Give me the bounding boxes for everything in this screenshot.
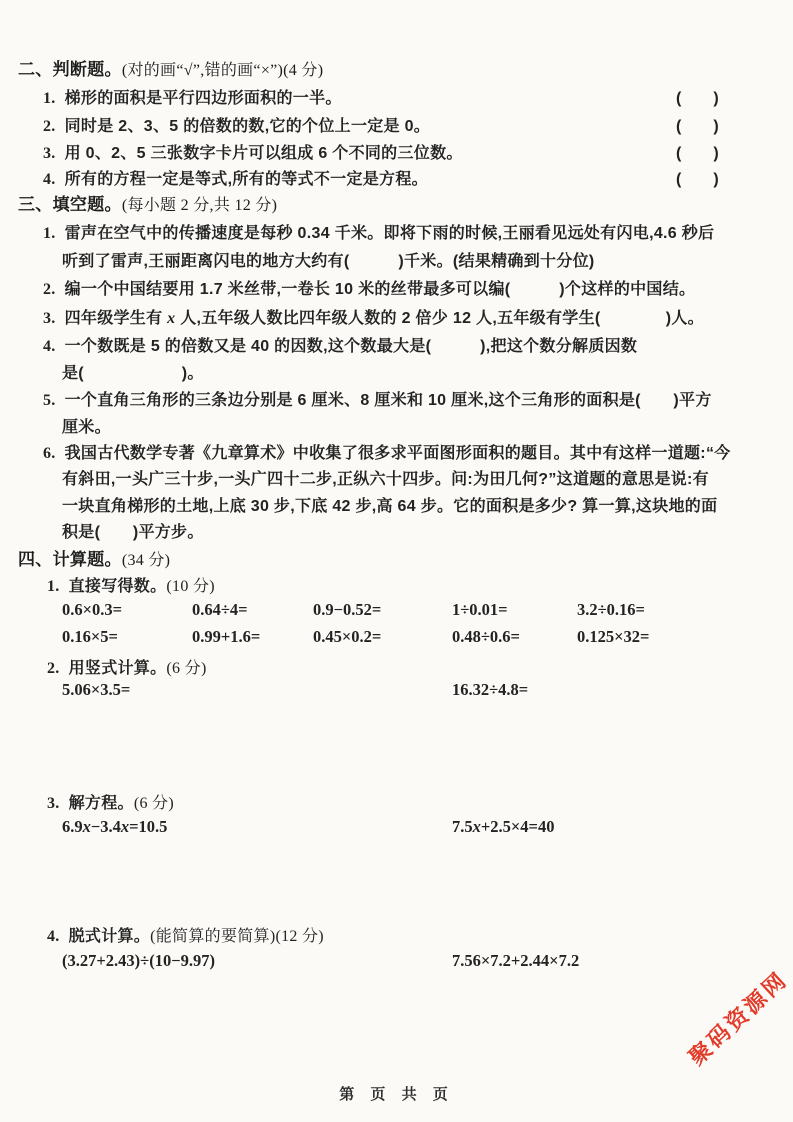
exam-paper-page: 二、判断题。(对的画“√”,错的画“×”)(4 分) 1.梯形的面积是平行四边形… — [0, 0, 793, 1122]
calc-sub2-right-expression: 16.32÷4.8= — [452, 680, 528, 700]
eq-left-coeff-1: 6.9 — [62, 817, 83, 836]
section-calc-title: 四、计算题。 — [18, 550, 122, 569]
page-footer: 第 页 共 页 — [0, 1083, 793, 1104]
calc-sub4-title-line: 4.脱式计算。(能简算的要简算)(12 分) — [47, 923, 324, 946]
calc-sub4-left-expression: (3.27+2.43)÷(10−9.97) — [62, 951, 215, 971]
fill-item-3-line-1: 3.四年级学生有 x 人,五年级人数比四年级人数的 2 倍少 12 人,五年级有… — [43, 305, 704, 328]
calc-sub1-title-line: 1.直接写得数。(10 分) — [47, 573, 215, 596]
site-watermark: 聚码资源网 — [667, 950, 793, 1085]
calc-sub3-right-equation: 7.5x+2.5×4=40 — [452, 817, 554, 837]
fill-item-6-line-1: 6.我国古代数学专著《九章算术》中收集了很多求平面图形面积的题目。其中有这样一道… — [43, 440, 731, 463]
fill-item-6-line-2: 有斜田,一头广三十步,一头广四十二步,正纵六十四步。问:为田几何?”这道题的意思… — [62, 466, 709, 489]
calc-expr-r2c5: 0.125×32= — [577, 627, 649, 647]
judge-item-4-text: 所有的方程一定是等式,所有的等式不一定是方程。 — [65, 171, 428, 188]
calc-sub4-right-expression: 7.56×7.2+2.44×7.2 — [452, 951, 579, 971]
calc-expr-r1c1: 0.6×0.3= — [62, 600, 122, 620]
fill-item-2-number: 2. — [43, 281, 56, 298]
calc-sub3-left-equation: 6.9x−3.4x=10.5 — [62, 817, 167, 837]
calc-sub4-title: 脱式计算。 — [69, 928, 151, 945]
fill-item-2-text-1: 编一个中国结要用 1.7 米丝带,一卷长 10 米的丝带最多可以编( )个这样的… — [65, 281, 696, 298]
judge-item-4-number: 4. — [43, 171, 56, 188]
fill-item-3-text-pre: 四年级学生有 — [65, 310, 168, 327]
fill-item-3-number: 3. — [43, 310, 56, 327]
judge-item-1-text: 梯形的面积是平行四边形面积的一半。 — [65, 90, 342, 107]
section-fill-title: 三、填空题。 — [18, 195, 122, 214]
judge-item-4: 4.所有的方程一定是等式,所有的等式不一定是方程。 — [43, 166, 428, 189]
eq-left-result: =10.5 — [129, 817, 167, 836]
fill-item-1-line-1: 1.雷声在空气中的传播速度是每秒 0.34 千米。即将下雨的时候,王丽看见远处有… — [43, 220, 714, 243]
fill-item-1-text-1: 雷声在空气中的传播速度是每秒 0.34 千米。即将下雨的时候,王丽看见远处有闪电… — [65, 225, 715, 242]
eq-left-var-2: x — [121, 817, 129, 836]
section-judge-heading: 二、判断题。(对的画“√”,错的画“×”)(4 分) — [18, 55, 323, 80]
fill-item-1-number: 1. — [43, 225, 56, 242]
calc-expr-r1c5: 3.2÷0.16= — [577, 600, 645, 620]
fill-item-4-line-2: 是( )。 — [62, 360, 204, 383]
calc-sub1-note: (10 分) — [166, 578, 214, 595]
section-fill-note: (每小题 2 分,共 12 分) — [122, 197, 277, 214]
eq-right-coeff-1: 7.5 — [452, 817, 473, 836]
section-calc-note: (34 分) — [122, 552, 170, 569]
judge-item-3: 3.用 0、2、5 三张数字卡片可以组成 6 个不同的三位数。 — [43, 140, 463, 163]
eq-right-rest: +2.5×4=40 — [481, 817, 555, 836]
section-judge-note: (对的画“√”,错的画“×”)(4 分) — [122, 62, 324, 79]
section-judge-title: 二、判断题。 — [18, 60, 122, 79]
calc-sub3-number: 3. — [47, 795, 60, 812]
fill-item-4-text-1: 一个数既是 5 的倍数又是 40 的因数,这个数最大是( ),把这个数分解质因数 — [65, 338, 638, 355]
judge-item-2: 2.同时是 2、3、5 的倍数的数,它的个位上一定是 0。 — [43, 113, 430, 136]
eq-left-var-1: x — [83, 817, 91, 836]
calc-expr-r2c1: 0.16×5= — [62, 627, 118, 647]
section-calc-heading: 四、计算题。(34 分) — [18, 545, 170, 570]
fill-item-6-number: 6. — [43, 445, 56, 462]
calc-sub2-note: (6 分) — [166, 660, 206, 677]
fill-item-6-line-3: 一块直角梯形的土地,上底 30 步,下底 42 步,高 64 步。它的面积是多少… — [62, 493, 717, 516]
judge-item-2-text: 同时是 2、3、5 的倍数的数,它的个位上一定是 0。 — [65, 118, 430, 135]
fill-item-4-number: 4. — [43, 338, 56, 355]
calc-expr-r1c2: 0.64÷4= — [192, 600, 248, 620]
judge-item-3-answer-slot: ( ) — [676, 140, 719, 163]
fill-item-5-line-2: 厘米。 — [62, 414, 111, 437]
calc-expr-r2c3: 0.45×0.2= — [313, 627, 381, 647]
calc-sub4-number: 4. — [47, 928, 60, 945]
judge-item-2-answer-slot: ( ) — [676, 113, 719, 136]
fill-item-5-number: 5. — [43, 392, 56, 409]
calc-sub2-title: 用竖式计算。 — [69, 660, 167, 677]
calc-sub3-title-line: 3.解方程。(6 分) — [47, 790, 174, 813]
calc-sub2-title-line: 2.用竖式计算。(6 分) — [47, 655, 207, 678]
fill-item-4-line-1: 4.一个数既是 5 的倍数又是 40 的因数,这个数最大是( ),把这个数分解质… — [43, 333, 637, 356]
eq-right-var-1: x — [473, 817, 481, 836]
calc-sub2-number: 2. — [47, 660, 60, 677]
calc-expr-r2c2: 0.99+1.6= — [192, 627, 260, 647]
calc-sub4-note: (能简算的要简算)(12 分) — [150, 928, 324, 945]
fill-item-6-text-1: 我国古代数学专著《九章算术》中收集了很多求平面图形面积的题目。其中有这样一道题:… — [65, 445, 731, 462]
calc-sub1-title: 直接写得数。 — [69, 578, 167, 595]
judge-item-2-number: 2. — [43, 118, 56, 135]
fill-item-5-line-1: 5.一个直角三角形的三条边分别是 6 厘米、8 厘米和 10 厘米,这个三角形的… — [43, 387, 712, 410]
judge-item-3-number: 3. — [43, 145, 56, 162]
calc-sub3-title: 解方程。 — [69, 795, 134, 812]
judge-item-1: 1.梯形的面积是平行四边形面积的一半。 — [43, 85, 342, 108]
calc-sub2-left-expression: 5.06×3.5= — [62, 680, 130, 700]
judge-item-4-answer-slot: ( ) — [676, 166, 719, 189]
calc-sub3-note: (6 分) — [134, 795, 174, 812]
fill-item-3-text-post: 人,五年级人数比四年级人数的 2 倍少 12 人,五年级有学生( )人。 — [175, 310, 703, 327]
fill-item-5-text-1: 一个直角三角形的三条边分别是 6 厘米、8 厘米和 10 厘米,这个三角形的面积… — [65, 392, 712, 409]
calc-expr-r1c3: 0.9−0.52= — [313, 600, 381, 620]
calc-expr-r1c4: 1÷0.01= — [452, 600, 508, 620]
calc-expr-r2c4: 0.48÷0.6= — [452, 627, 520, 647]
judge-item-1-number: 1. — [43, 90, 56, 107]
fill-item-2-line-1: 2.编一个中国结要用 1.7 米丝带,一卷长 10 米的丝带最多可以编( )个这… — [43, 276, 695, 299]
judge-item-1-answer-slot: ( ) — [676, 85, 719, 108]
judge-item-3-text: 用 0、2、5 三张数字卡片可以组成 6 个不同的三位数。 — [65, 145, 463, 162]
fill-item-1-line-2: 听到了雷声,王丽距离闪电的地方大约有( )千米。(结果精确到十分位) — [62, 248, 595, 271]
eq-left-coeff-2: −3.4 — [91, 817, 121, 836]
fill-item-6-line-4: 积是( )平方步。 — [62, 519, 204, 542]
calc-sub1-number: 1. — [47, 578, 60, 595]
section-fill-heading: 三、填空题。(每小题 2 分,共 12 分) — [18, 190, 277, 215]
